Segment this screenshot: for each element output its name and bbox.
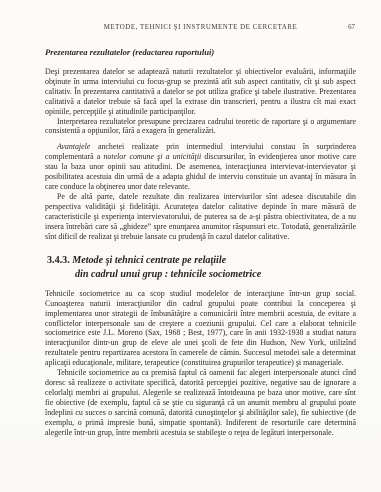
page-body: Deşi prezentarea datelor se adaptează na…	[45, 67, 356, 437]
page-number: 67	[348, 24, 355, 31]
book-page: METODE, TEHNICI ŞI INSTRUMENTE DE CERCET…	[0, 0, 381, 492]
paragraph-interpretation: Interpretarea rezultatelor presupune pre…	[45, 117, 356, 137]
paragraph-sociometric-premise: Tehnicile sociometrice au ca premisă fap…	[45, 368, 356, 437]
section-heading-line1: 3.4.3. Metode şi tehnici centrate pe rel…	[47, 254, 356, 267]
section-title-part1: Metode şi tehnici centrate pe relaţiile	[70, 255, 226, 266]
running-title: METODE, TEHNICI ŞI INSTRUMENTE DE CERCET…	[104, 24, 298, 31]
section-title-part2: din cadrul unui grup : tehnicile sociome…	[75, 268, 356, 281]
paragraph-advantages: Avantajele anchetei realizate prin inter…	[45, 142, 356, 192]
paragraph-results-presentation: Deşi prezentarea datelor se adaptează na…	[45, 67, 356, 117]
section-heading-343: 3.4.3. Metode şi tehnici centrate pe rel…	[47, 254, 356, 280]
paragraph-sociometric-intro: Tehnicile sociometrice au ca scop studiu…	[45, 289, 356, 368]
emphasis-avantajele: Avantajele	[57, 142, 90, 151]
paragraph-limitations: Pe de altă parte, datele rezultate din r…	[45, 192, 356, 242]
section-number: 3.4.3.	[47, 255, 70, 266]
running-header: METODE, TEHNICI ŞI INSTRUMENTE DE CERCET…	[45, 24, 356, 34]
emphasis-notelor-comune: notelor comune şi a unicităţii	[103, 152, 201, 161]
subsection-heading: Prezentarea rezultatelor (redactarea rap…	[45, 47, 356, 57]
